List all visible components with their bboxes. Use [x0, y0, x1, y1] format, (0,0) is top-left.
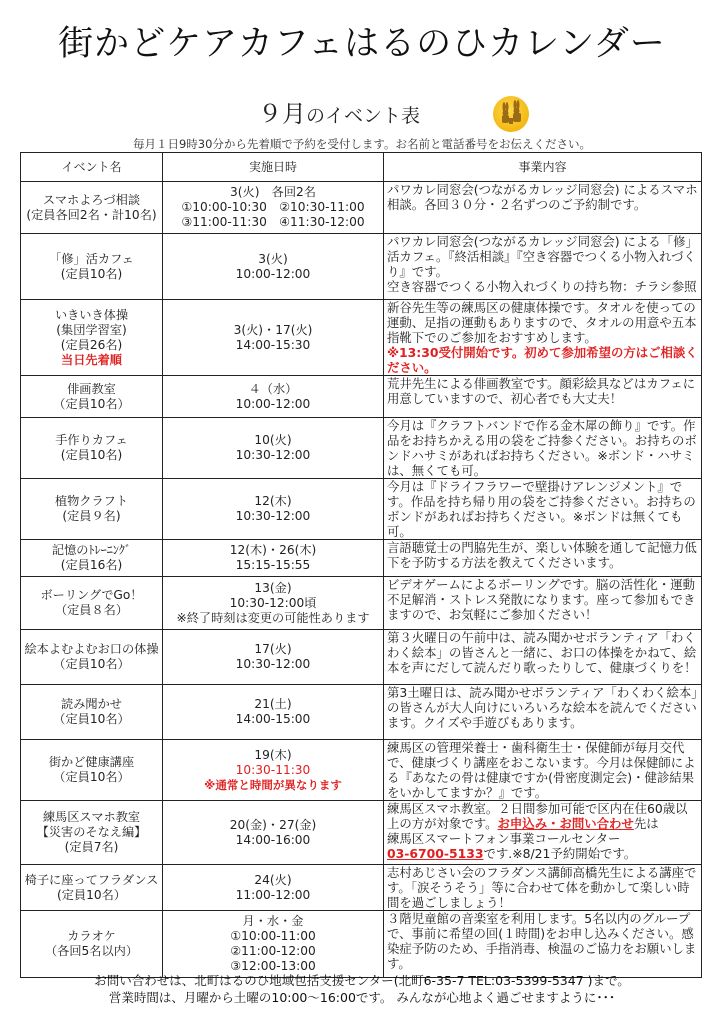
event-description: 第3土曜日は、読み聞かせボランティア「わくわく絵本」の皆さんが大人向けにいろいろ… [384, 685, 702, 740]
event-name: 椅子に座ってフラダンス [24, 873, 159, 888]
table-row: 手作りカフェ (定員10名) 10(火) 10:30-12:00 今月は『クラフ… [21, 418, 702, 479]
event-datetime-cell: 20(金)・27(金) 14:00-16:00 [163, 801, 384, 865]
event-time: 14:00-15:30 [166, 338, 380, 353]
event-name: 「修」活カフェ [24, 252, 159, 267]
event-description: 言語聴覚士の門脇先生が、楽しい体験を通して記憶力低下を予防する方法を教えてくださ… [384, 540, 702, 577]
rabbit-emblem-icon [493, 96, 529, 132]
event-capacity: (定員９名) [24, 509, 159, 524]
subtitle-row: ９月のイベント表 [0, 96, 724, 136]
event-name: 記憶のﾄﾚｰﾆﾝｸﾞ [24, 543, 159, 558]
event-name-cell: 椅子に座ってフラダンス (定員10名） [21, 865, 163, 911]
event-description: 今月は『ドライフラワーで壁掛けアレンジメント』です。作品を持ち帰り用の袋をご持参… [384, 479, 702, 540]
event-capacity: （定員10名） [24, 657, 159, 672]
event-description: 今月は『クラフトバンドで作る金木犀の飾り』です。作品をお持ちかえる用の袋をご持参… [384, 418, 702, 479]
table-row: 記憶のﾄﾚｰﾆﾝｸﾞ (定員16名) 12(木)・26(木) 15:15-15:… [21, 540, 702, 577]
event-description: パワカレ同窓会(つながるカレッジ同窓会) による「修」活カフェ。『終活相談』『空… [387, 234, 698, 279]
event-date: 3(火) 各回2名 [166, 185, 380, 200]
event-date: 12(木) [166, 494, 380, 509]
event-datetime-cell: 13(金) 10:30-12:00頃 ※終了時刻は変更の可能性あります [163, 577, 384, 630]
event-name: ボーリングでGo！ [24, 588, 159, 603]
event-date: 20(金)・27(金) [166, 818, 380, 833]
event-name: 植物クラフト [24, 494, 159, 509]
event-time: ③11:00-11:30 ④11:30-12:00 [166, 215, 380, 230]
event-capacity: (定員16名) [24, 558, 159, 573]
event-name-cell: 絵本よむよむお口の体操 （定員10名） [21, 630, 163, 685]
event-time-change-warning: ※通常と時間が異なります [166, 778, 380, 793]
event-name-cell: スマホよろづ相談 (定員各回2名・計10名) [21, 182, 163, 234]
event-datetime-cell: 21(土) 14:00-15:00 [163, 685, 384, 740]
event-capacity: （定員８名） [24, 603, 159, 618]
event-datetime-cell: 3(火) 各回2名 ①10:00-10:30 ②10:30-11:00 ③11:… [163, 182, 384, 234]
event-time: 10:00-12:00 [166, 267, 380, 282]
event-description: 志村あじさい会のフラダンス講師高橋先生による講座です。「涙そうそう」等に合わせて… [384, 865, 702, 911]
event-description: 先は [634, 816, 659, 831]
event-name: カラオケ [24, 929, 159, 944]
event-name-cell: カラオケ （各回5名以内） [21, 911, 163, 978]
event-name-cell: 俳画教室 （定員10名） [21, 376, 163, 418]
table-row: 「修」活カフェ (定員10名) 3(火) 10:00-12:00 パワカレ同窓会… [21, 234, 702, 300]
event-description: 荒井先生による俳画教室です。顔彩絵具などはカフェに用意していますので、初心者でも… [384, 376, 702, 418]
event-time: 10:00-12:00 [166, 397, 380, 412]
event-datetime-cell: 24(火) 11:00-12:00 [163, 865, 384, 911]
event-description: ３階児童館の音楽室を利用します。5名以内のグループで、事前に希望の回(１時間)を… [384, 911, 702, 978]
event-time: 10:30-12:00頃 [166, 596, 380, 611]
event-time: 14:00-16:00 [166, 833, 380, 848]
event-name-cell: 練馬区スマホ教室 【災害のそなえ編】 (定員7名) [21, 801, 163, 865]
event-description: ビデオゲームによるボーリングです。脳の活性化・運動不足解消・ストレス発散になりま… [384, 577, 702, 630]
event-datetime-cell: 12(木)・26(木) 15:15-15:55 [163, 540, 384, 577]
event-description-note: 空き容器でつくる小物入れづくりの持ち物：チラシ参照 [387, 279, 698, 294]
event-time-note: ※終了時刻は変更の可能性あります [166, 611, 380, 626]
event-datetime-cell: 3(火)・17(火) 14:00-15:30 [163, 300, 384, 376]
event-description-cell: 新谷先生等の練馬区の健康体操です。タオルを使っての運動、足指の運動もありますので… [384, 300, 702, 376]
event-time: ①10:00-11:00 [166, 929, 380, 944]
event-description: 練馬区の管理栄養士・歯科衛生士・保健師が毎月交代で、健康づくり講座をおこないます… [384, 740, 702, 801]
table-row: 練馬区スマホ教室 【災害のそなえ編】 (定員7名) 20(金)・27(金) 14… [21, 801, 702, 865]
footer-contact: お問い合わせは、北町はるのひ地域包括支援センター(北町6-35-7 TEL:03… [0, 972, 724, 989]
event-time-changed: 10:30-11:30 [166, 763, 380, 778]
event-datetime-cell: 月・水・金 ①10:00-11:00 ②11:00-12:00 ③12:00-1… [163, 911, 384, 978]
event-date: 3(火) [166, 252, 380, 267]
event-time: ②11:00-12:00 [166, 944, 380, 959]
event-date: 13(金) [166, 581, 380, 596]
table-row: 俳画教室 （定員10名） ４（水） 10:00-12:00 荒井先生による俳画教… [21, 376, 702, 418]
event-datetime-cell: ４（水） 10:00-12:00 [163, 376, 384, 418]
table-row: 絵本よむよむお口の体操 （定員10名） 17(火) 10:30-12:00 第３… [21, 630, 702, 685]
event-capacity: (定員10名） [24, 888, 159, 903]
event-description-cell: 練馬区スマホ教室。２日間参加可能で区内在住60歳以上の方が対象です。お申込み・お… [384, 801, 702, 865]
event-date: 12(木)・26(木) [166, 543, 380, 558]
event-name-cell: ボーリングでGo！ （定員８名） [21, 577, 163, 630]
event-name: 練馬区スマホ教室 [24, 810, 159, 825]
event-capacity: (定員26名) [24, 338, 159, 353]
subtitle-rest: のイベント表 [306, 105, 420, 127]
event-date: 24(火) [166, 873, 380, 888]
reservation-notice: 毎月１日9時30分から先着順で予約を受付します。お名前と電話番号をお伝えください… [0, 136, 724, 152]
table-row: カラオケ （各回5名以内） 月・水・金 ①10:00-11:00 ②11:00-… [21, 911, 702, 978]
event-name-cell: 街かど健康講座 （定員10名） [21, 740, 163, 801]
event-capacity: (定員各回2名・計10名) [24, 208, 159, 223]
event-date: 10(火) [166, 433, 380, 448]
event-time: 10:30-12:00 [166, 509, 380, 524]
event-datetime-cell: 17(火) 10:30-12:00 [163, 630, 384, 685]
event-name-cell: いきいき体操 (集団学習室) (定員26名) 当日先着順 [21, 300, 163, 376]
table-row: ボーリングでGo！ （定員８名） 13(金) 10:30-12:00頃 ※終了時… [21, 577, 702, 630]
event-days: 月・水・金 [166, 914, 380, 929]
event-name-cell: 記憶のﾄﾚｰﾆﾝｸﾞ (定員16名) [21, 540, 163, 577]
event-datetime-cell: 12(木) 10:30-12:00 [163, 479, 384, 540]
column-header-datetime: 実施日時 [163, 153, 384, 182]
event-date: ４（水） [166, 382, 380, 397]
event-capacity: (定員7名) [24, 840, 159, 855]
event-time: 14:00-15:00 [166, 712, 380, 727]
event-name: いきいき体操 [24, 308, 159, 323]
column-header-content: 事業内容 [384, 153, 702, 182]
event-datetime-cell: 10(火) 10:30-12:00 [163, 418, 384, 479]
table-header-row: イベント名 実施日時 事業内容 [21, 153, 702, 182]
event-name-cell: 手作りカフェ (定員10名) [21, 418, 163, 479]
events-table: イベント名 実施日時 事業内容 スマホよろづ相談 (定員各回2名・計10名) 3… [20, 152, 702, 978]
event-name: 読み聞かせ [24, 697, 159, 712]
event-time: 11:00-12:00 [166, 888, 380, 903]
table-row: 街かど健康講座 （定員10名） 19(木) 10:30-11:30 ※通常と時間… [21, 740, 702, 801]
event-time: 15:15-15:55 [166, 558, 380, 573]
event-name-cell: 「修」活カフェ (定員10名) [21, 234, 163, 300]
event-date: 21(土) [166, 697, 380, 712]
event-date: 3(火)・17(火) [166, 323, 380, 338]
page-title: 街かどケアカフェはるのひカレンダー [0, 22, 724, 66]
event-datetime-cell: 19(木) 10:30-11:30 ※通常と時間が異なります [163, 740, 384, 801]
event-capacity: （定員10名） [24, 397, 159, 412]
table-row: スマホよろづ相談 (定員各回2名・計10名) 3(火) 各回2名 ①10:00-… [21, 182, 702, 234]
event-capacity: （定員10名） [24, 770, 159, 785]
event-date: 19(木) [166, 748, 380, 763]
event-time: 10:30-12:00 [166, 448, 380, 463]
inquiry-link[interactable]: お申込み・お問い合わせ [498, 816, 634, 831]
event-description-warning: ※13:30受付開始です。初めて参加希望の方はご相談ください。 [387, 345, 698, 375]
event-datetime-cell: 3(火) 10:00-12:00 [163, 234, 384, 300]
event-location: (集団学習室) [24, 323, 159, 338]
call-center-phone-link[interactable]: 03-6700-5133 [387, 846, 484, 861]
event-description: パワカレ同窓会(つながるカレッジ同窓会) によるスマホ相談。各回３０分・２名ずつ… [384, 182, 702, 234]
event-capacity: (定員10名) [24, 267, 159, 282]
first-come-badge: 当日先着順 [24, 353, 159, 368]
table-row: 椅子に座ってフラダンス (定員10名） 24(火) 11:00-12:00 志村… [21, 865, 702, 911]
footer: お問い合わせは、北町はるのひ地域包括支援センター(北町6-35-7 TEL:03… [0, 972, 724, 1006]
table-row: いきいき体操 (集団学習室) (定員26名) 当日先着順 3(火)・17(火) … [21, 300, 702, 376]
event-name: 絵本よむよむお口の体操 [24, 642, 159, 657]
event-time: ①10:00-10:30 ②10:30-11:00 [166, 200, 380, 215]
event-description: 第３火曜日の午前中は、読み聞かせボランティア「わくわく絵本」の皆さんと一緒に、お… [384, 630, 702, 685]
event-name: 街かど健康講座 [24, 755, 159, 770]
table-row: 植物クラフト (定員９名) 12(木) 10:30-12:00 今月は『ドライフ… [21, 479, 702, 540]
event-date: 17(火) [166, 642, 380, 657]
event-name-cell: 植物クラフト (定員９名) [21, 479, 163, 540]
event-description-cell: パワカレ同窓会(つながるカレッジ同窓会) による「修」活カフェ。『終活相談』『空… [384, 234, 702, 300]
event-description: 新谷先生等の練馬区の健康体操です。タオルを使っての運動、足指の運動もありますので… [387, 300, 698, 345]
event-name-cell: 読み聞かせ （定員10名） [21, 685, 163, 740]
event-name: 手作りカフェ [24, 433, 159, 448]
footer-hours: 営業時間は、月曜から土曜の10:00～16:00です。 みんなが心地よく過ごせま… [0, 989, 724, 1006]
event-name: スマホよろづ相談 [24, 193, 159, 208]
event-subtitle: 【災害のそなえ編】 [24, 825, 159, 840]
call-center-name: 練馬区スマートフォン事業コールセンター [387, 831, 698, 846]
event-capacity: （定員10名） [24, 712, 159, 727]
event-description: です.※8/21予約開始です。 [484, 846, 637, 861]
table-row: 読み聞かせ （定員10名） 21(土) 14:00-15:00 第3土曜日は、読… [21, 685, 702, 740]
column-header-event-name: イベント名 [21, 153, 163, 182]
event-time: 10:30-12:00 [166, 657, 380, 672]
event-name: 俳画教室 [24, 382, 159, 397]
event-capacity: （各回5名以内） [24, 944, 159, 959]
event-capacity: (定員10名) [24, 448, 159, 463]
page-subtitle: ９月のイベント表 [258, 98, 420, 132]
subtitle-month: ９月 [258, 100, 306, 128]
